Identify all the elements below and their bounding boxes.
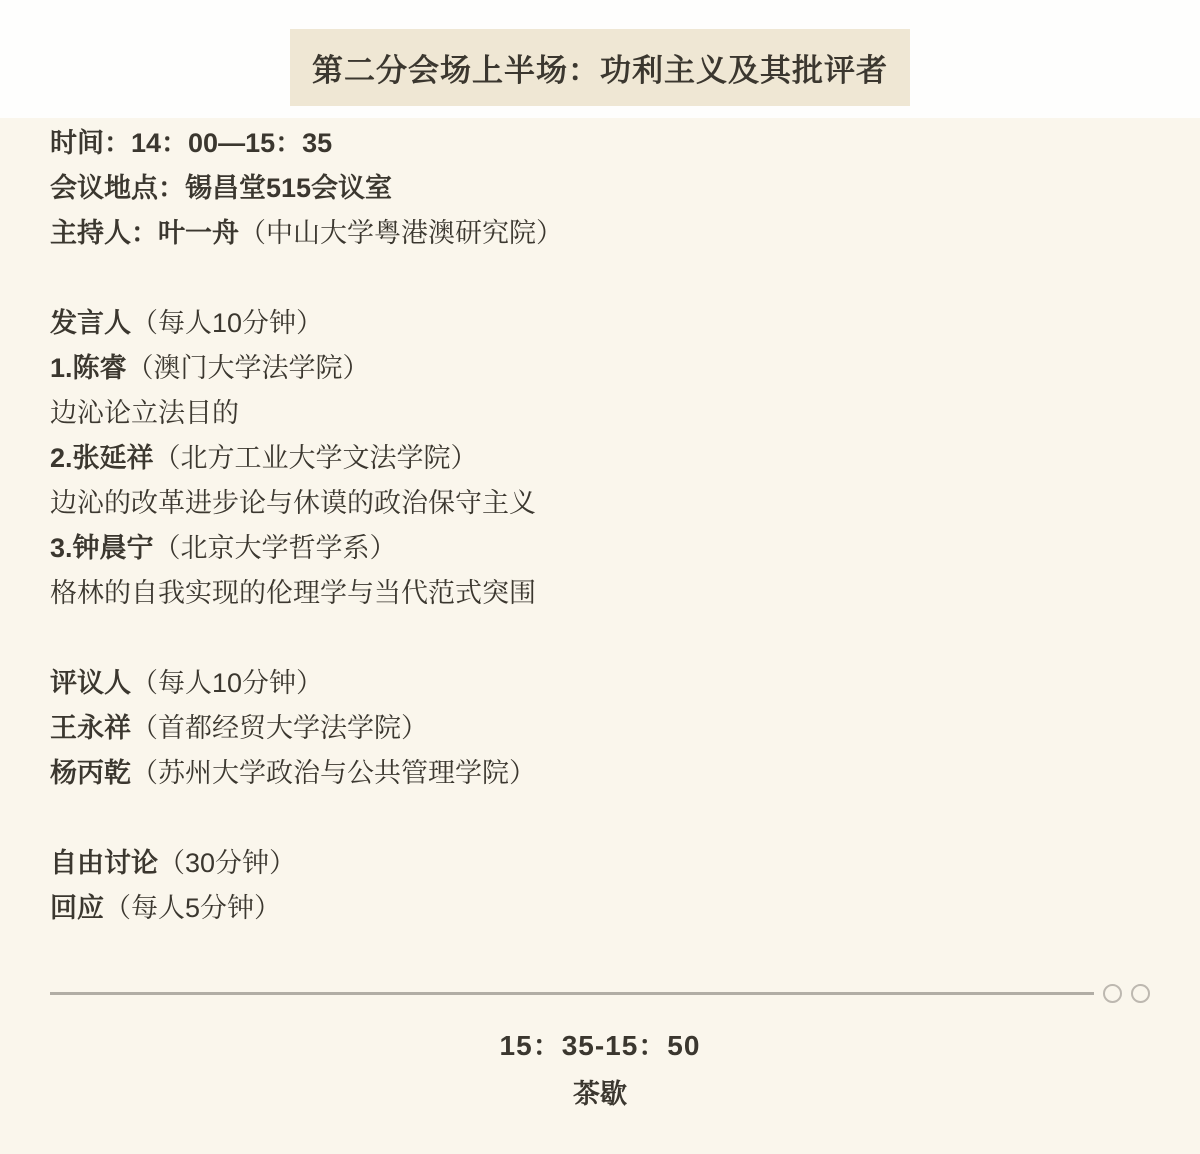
paper-title: 边沁的改革进步论与休谟的政治保守主义 — [50, 481, 1150, 526]
speakers-heading-note: （每人10分钟） — [131, 308, 323, 338]
speakers-heading-label: 发言人 — [50, 308, 131, 338]
speaker-entry: 3.钟晨宁（北京大学哲学系） — [50, 526, 1150, 571]
paper-title-text: 边沁论立法目的 — [50, 398, 239, 428]
speaker-affiliation: （北方工业大学文法学院） — [154, 443, 478, 473]
response-note: （每人5分钟） — [104, 893, 281, 923]
conference-program-page: 第二分会场上半场：功利主义及其批评者 时间：14：00—15：35 会议地点：锡… — [0, 0, 1200, 1154]
divider-row — [50, 984, 1150, 1003]
host-affiliation: （中山大学粤港澳研究院） — [239, 218, 563, 248]
discussant-name: 杨丙乾 — [50, 758, 131, 788]
session-banner: 第二分会场上半场：功利主义及其批评者 — [290, 29, 910, 106]
break-label: 茶歇 — [50, 1072, 1150, 1117]
discussants-heading-note: （每人10分钟） — [131, 668, 323, 698]
speakers-section: 发言人（每人10分钟） 1.陈睿（澳门大学法学院） 边沁论立法目的 2.张延祥（… — [50, 301, 1150, 616]
free-discussion-note: （30分钟） — [158, 848, 296, 878]
speaker-name: 2.张延祥 — [50, 443, 154, 473]
speaker-entry: 2.张延祥（北方工业大学文法学院） — [50, 436, 1150, 481]
free-discussion-line: 自由讨论（30分钟） — [50, 841, 1150, 886]
session-details: 时间：14：00—15：35 会议地点：锡昌堂515会议室 主持人：叶一舟（中山… — [0, 118, 1200, 1154]
session-time-text: 时间：14：00—15：35 — [50, 128, 332, 158]
circle-indicator-1 — [1103, 984, 1122, 1003]
host-name: 主持人：叶一舟 — [50, 218, 239, 248]
speakers-heading: 发言人（每人10分钟） — [50, 301, 1150, 346]
discussant-entry: 杨丙乾（苏州大学政治与公共管理学院） — [50, 751, 1150, 796]
circle-indicator-2 — [1131, 984, 1150, 1003]
session-meta-section: 时间：14：00—15：35 会议地点：锡昌堂515会议室 主持人：叶一舟（中山… — [50, 121, 1150, 256]
discussant-name: 王永祥 — [50, 713, 131, 743]
session-location-text: 会议地点：锡昌堂515会议室 — [50, 173, 392, 203]
speaker-name: 3.钟晨宁 — [50, 533, 154, 563]
paper-title: 格林的自我实现的伦理学与当代范式突围 — [50, 571, 1150, 616]
break-time: 15：35-15：50 — [50, 1023, 1150, 1068]
discussants-heading: 评议人（每人10分钟） — [50, 661, 1150, 706]
response-line: 回应（每人5分钟） — [50, 886, 1150, 931]
session-time: 时间：14：00—15：35 — [50, 121, 1150, 166]
discussants-heading-label: 评议人 — [50, 668, 131, 698]
session-title: 第二分会场上半场：功利主义及其批评者 — [312, 45, 888, 90]
discussant-affiliation: （首都经贸大学法学院） — [131, 713, 428, 743]
speaker-entry: 1.陈睿（澳门大学法学院） — [50, 346, 1150, 391]
discussant-entry: 王永祥（首都经贸大学法学院） — [50, 706, 1150, 751]
paper-title: 边沁论立法目的 — [50, 391, 1150, 436]
discussant-affiliation: （苏州大学政治与公共管理学院） — [131, 758, 536, 788]
paper-title-text: 格林的自我实现的伦理学与当代范式突围 — [50, 578, 536, 608]
session-host: 主持人：叶一舟（中山大学粤港澳研究院） — [50, 211, 1150, 256]
speaker-affiliation: （澳门大学法学院） — [127, 353, 370, 383]
divider-line — [50, 992, 1094, 995]
discussants-section: 评议人（每人10分钟） 王永祥（首都经贸大学法学院） 杨丙乾（苏州大学政治与公共… — [50, 661, 1150, 796]
speaker-affiliation: （北京大学哲学系） — [154, 533, 397, 563]
session-location: 会议地点：锡昌堂515会议室 — [50, 166, 1150, 211]
free-discussion-label: 自由讨论 — [50, 848, 158, 878]
response-label: 回应 — [50, 893, 104, 923]
top-band: 第二分会场上半场：功利主义及其批评者 — [0, 0, 1200, 118]
discussion-section: 自由讨论（30分钟） 回应（每人5分钟） — [50, 841, 1150, 931]
paper-title-text: 边沁的改革进步论与休谟的政治保守主义 — [50, 488, 536, 518]
speaker-name: 1.陈睿 — [50, 353, 127, 383]
